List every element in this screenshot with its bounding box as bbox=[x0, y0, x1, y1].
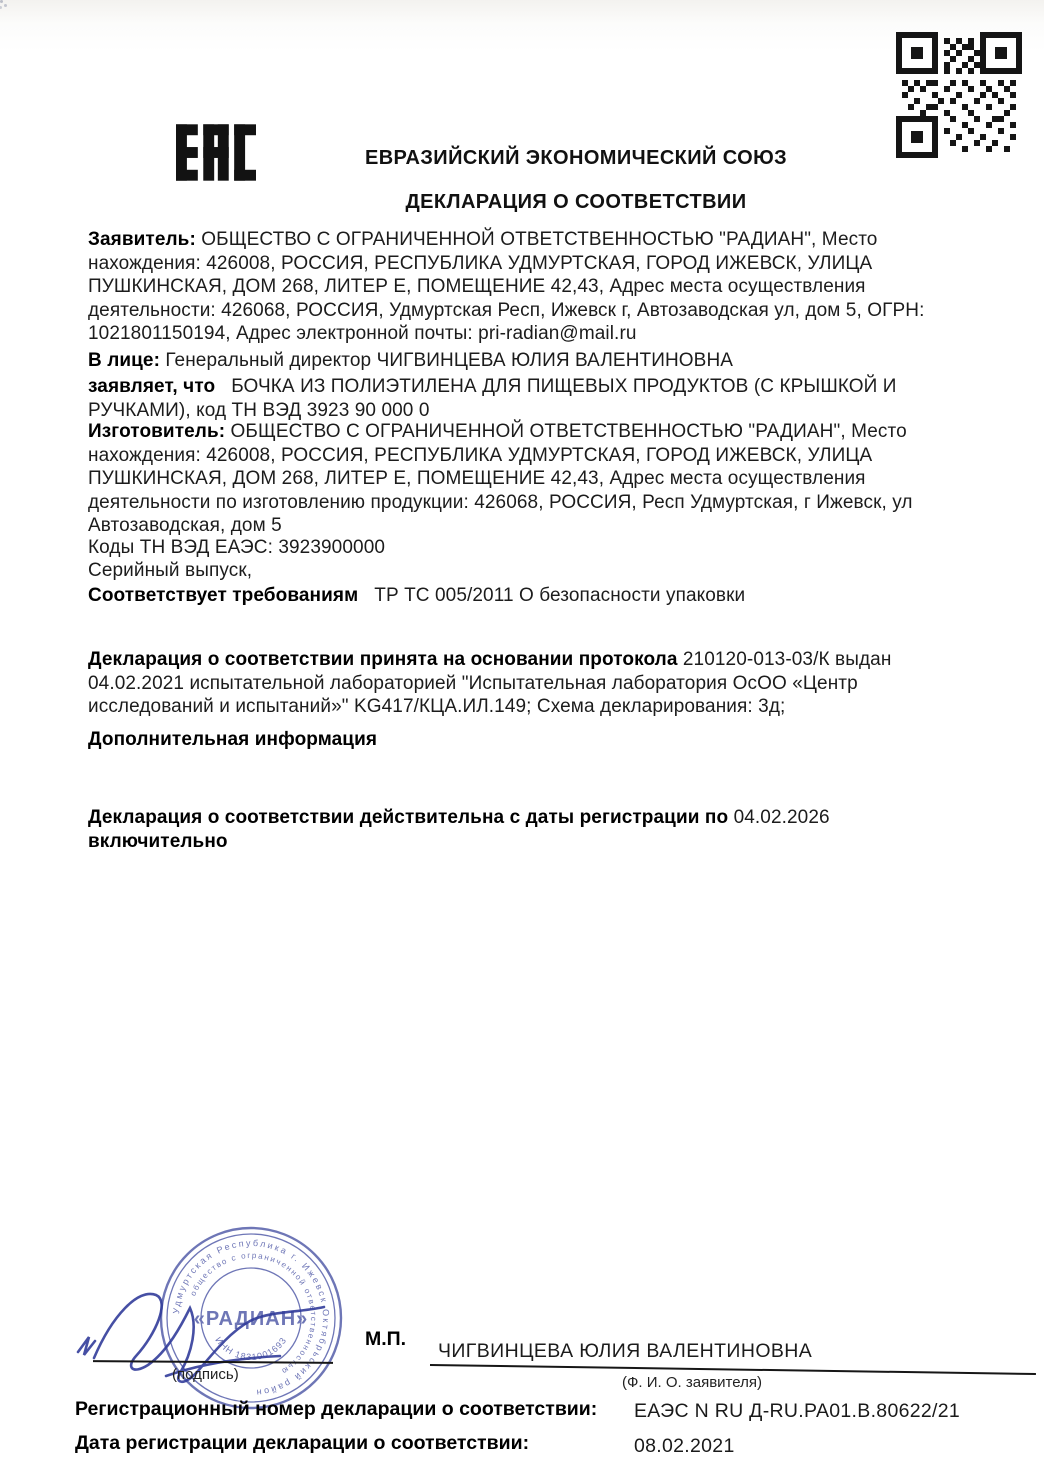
validity-date: 04.02.2026 bbox=[728, 807, 829, 828]
mp-label: М.П. bbox=[365, 1328, 406, 1351]
additional-info-label: Дополнительная информация bbox=[88, 728, 972, 752]
document-title: ДЕКЛАРАЦИЯ О СООТВЕТСТВИИ bbox=[150, 191, 1002, 214]
qr-code bbox=[896, 32, 1022, 158]
reg-number-label: Регистрационный номер декларации о соотв… bbox=[75, 1398, 597, 1421]
declarant-caption: (Ф. И. О. заявителя) bbox=[622, 1374, 762, 1391]
serial-release-line: Серийный выпуск, bbox=[88, 559, 972, 583]
basis-label: Декларация о соответствии принята на осн… bbox=[88, 649, 678, 670]
applicant-text: ОБЩЕСТВО С ОГРАНИЧЕННОЙ ОТВЕТСТВЕННОСТЬЮ… bbox=[88, 229, 924, 344]
declares-label: заявляет, что bbox=[88, 376, 215, 397]
declares-paragraph: заявляет, чтоБОЧКА ИЗ ПОЛИЭТИЛЕНА ДЛЯ ПИ… bbox=[88, 375, 972, 422]
complies-label: Соответствует требованиям bbox=[88, 585, 358, 606]
manufacturer-paragraph: Изготовитель: ОБЩЕСТВО С ОГРАНИЧЕННОЙ ОТ… bbox=[88, 420, 972, 538]
in-person-text: Генеральный директор ЧИГВИНЦЕВА ЮЛИЯ ВАЛ… bbox=[160, 350, 733, 371]
validity-paragraph: Декларация о соответствии действительна … bbox=[88, 806, 972, 853]
tn-ved-codes-line: Коды ТН ВЭД ЕАЭС: 3923900000 bbox=[88, 536, 972, 560]
in-person-paragraph: В лице: Генеральный директор ЧИГВИНЦЕВА … bbox=[88, 349, 972, 373]
reg-date-label: Дата регистрации декларации о соответств… bbox=[75, 1432, 529, 1455]
declarant-name: ЧИГВИНЦЕВА ЮЛИЯ ВАЛЕНТИНОВНА bbox=[438, 1340, 812, 1363]
complies-paragraph: Соответствует требованиямТР ТС 005/2011 … bbox=[88, 584, 972, 608]
complies-text: ТР ТС 005/2011 О безопасности упаковки bbox=[374, 585, 745, 606]
validity-suffix: включительно bbox=[88, 831, 228, 852]
declaration-document: ЕАС bbox=[0, 0, 1044, 1474]
reg-number-value: ЕАЭС N RU Д-RU.РА01.В.80622/21 bbox=[634, 1400, 960, 1423]
signature-caption: (подпись) bbox=[172, 1366, 239, 1383]
in-person-label: В лице: bbox=[88, 350, 160, 371]
reg-date-value: 08.02.2021 bbox=[634, 1435, 735, 1458]
applicant-paragraph: Заявитель: ОБЩЕСТВО С ОГРАНИЧЕННОЙ ОТВЕТ… bbox=[88, 228, 972, 346]
scan-speck bbox=[0, 0, 3, 3]
manufacturer-label: Изготовитель: bbox=[88, 421, 225, 442]
applicant-label: Заявитель: bbox=[88, 229, 196, 250]
basis-paragraph: Декларация о соответствии принята на осн… bbox=[88, 648, 972, 719]
union-heading: ЕВРАЗИЙСКИЙ ЭКОНОМИЧЕСКИЙ СОЮЗ bbox=[150, 147, 1002, 170]
validity-label: Декларация о соответствии действительна … bbox=[88, 807, 728, 828]
